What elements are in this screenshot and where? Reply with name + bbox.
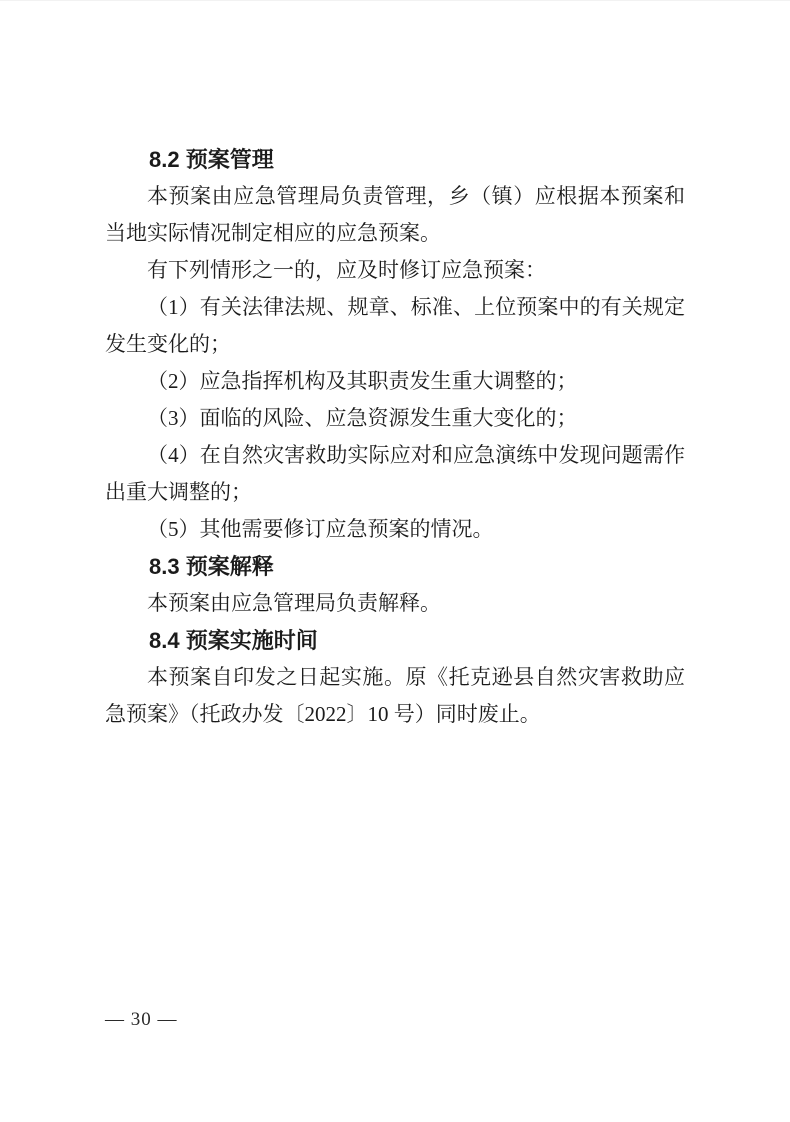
- heading-8-2-plan-management: 8.2 预案管理: [105, 141, 685, 178]
- list-item-3: （3）面临的风险、应急资源发生重大变化的；: [105, 400, 685, 437]
- paragraph-revision-conditions-intro: 有下列情形之一的，应及时修订应急预案：: [105, 252, 685, 289]
- list-item-4: （4）在自然灾害救助实际应对和应急演练中发现问题需作出重大调整的；: [105, 437, 685, 511]
- page-number: — 30 —: [105, 1007, 178, 1033]
- document-page: 8.2 预案管理 本预案由应急管理局负责管理，乡（镇）应根据本预案和当地实际情况…: [0, 0, 790, 1122]
- document-body: 8.2 预案管理 本预案由应急管理局负责管理，乡（镇）应根据本预案和当地实际情况…: [105, 141, 685, 733]
- list-item-5: （5）其他需要修订应急预案的情况。: [105, 511, 685, 548]
- paragraph-plan-management: 本预案由应急管理局负责管理，乡（镇）应根据本预案和当地实际情况制定相应的应急预案…: [105, 178, 685, 252]
- list-item-1: （1）有关法律法规、规章、标准、上位预案中的有关规定发生变化的；: [105, 289, 685, 363]
- heading-8-3-plan-interpretation: 8.3 预案解释: [105, 548, 685, 585]
- paragraph-plan-interpretation: 本预案由应急管理局负责解释。: [105, 585, 685, 622]
- heading-8-4-plan-implementation-time: 8.4 预案实施时间: [105, 622, 685, 659]
- list-item-2: （2）应急指挥机构及其职责发生重大调整的；: [105, 363, 685, 400]
- paragraph-plan-implementation: 本预案自印发之日起实施。原《托克逊县自然灾害救助应急预案》（托政办发〔2022〕…: [105, 659, 685, 733]
